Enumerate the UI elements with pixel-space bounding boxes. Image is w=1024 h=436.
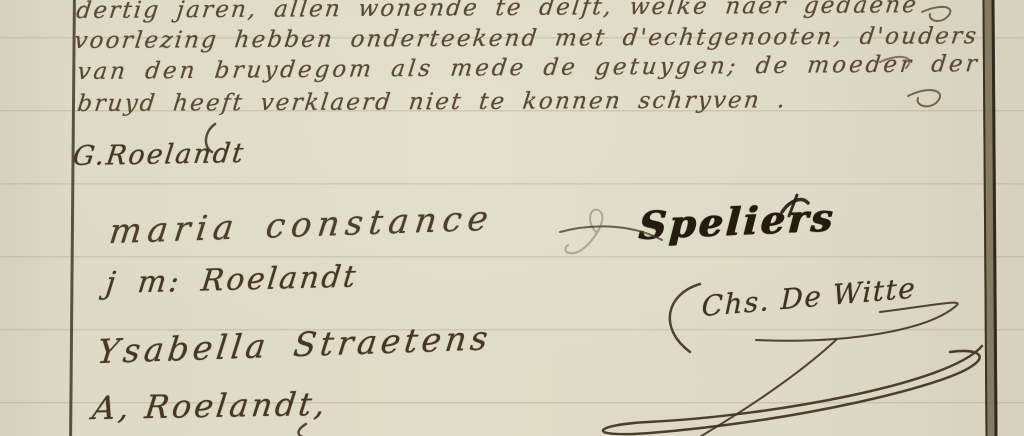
signature-jm-roelandt: j m: Roelandt	[104, 259, 360, 301]
signature-speliers: Speliers	[637, 194, 836, 248]
record-text-line-2: voorlezing hebben onderteekend met d'ech…	[73, 23, 980, 54]
signature-a-roelandt: A, Roelandt,	[90, 385, 330, 427]
record-text-line-4: bruyd heeft verklaerd niet te konnen sch…	[76, 87, 789, 117]
register-page: dertig jaren, allen wonende te delft, we…	[0, 0, 1024, 436]
signature-g-roelandt: G.Roelandt	[71, 138, 247, 172]
